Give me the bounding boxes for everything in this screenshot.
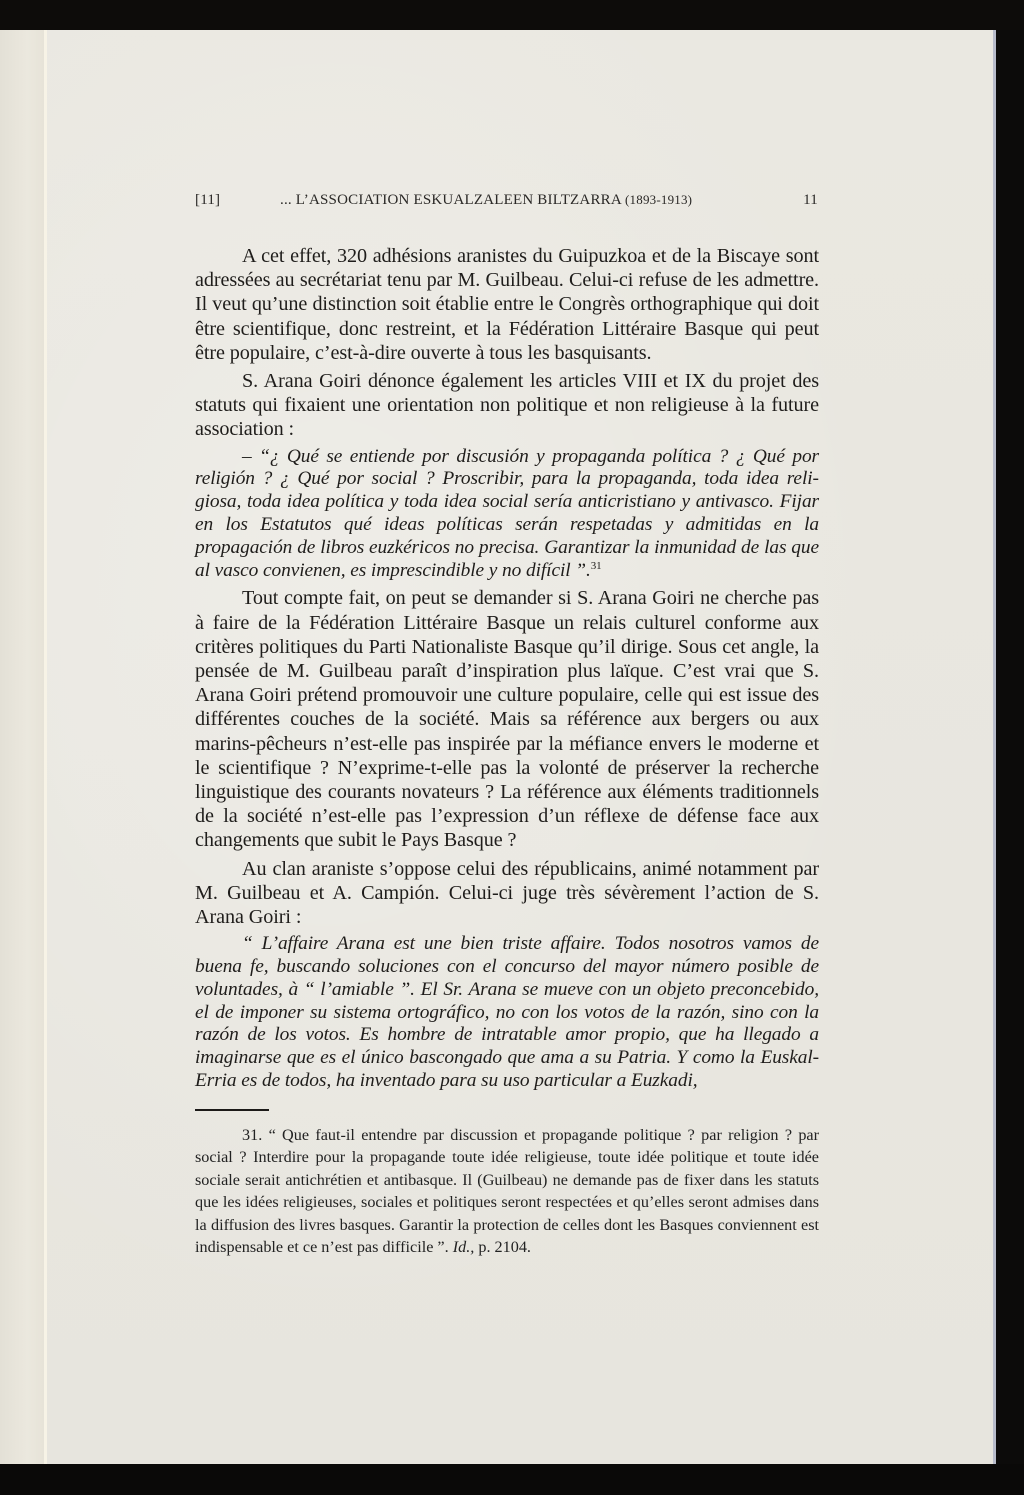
paragraph: Tout compte fait, on peut se demander si… (195, 586, 819, 852)
running-title-text: ... L’ASSOCIATION ESKUALZALEEN BILTZARRA (280, 192, 621, 208)
footnotes: 31. “ Que faut-il entendre par discussio… (195, 1124, 819, 1258)
running-title-dates: (1893-1913) (625, 192, 692, 207)
running-head: [11] ... L’ASSOCIATION ESKUALZALEEN BILT… (195, 188, 820, 212)
footnote-text: “ Que faut-il entendre par discussion et… (195, 1126, 819, 1256)
spanish-quote: – “¿ Qué se entiende por discusión y pro… (195, 446, 819, 583)
footnote-number: 31. (242, 1126, 262, 1144)
paragraph: Au clan araniste s’oppose celui des répu… (195, 857, 819, 930)
scan-background-top (0, 0, 1024, 30)
scan-background-bottom (0, 1464, 1024, 1495)
campion-quote: “ L’affaire Arana est une bien triste af… (195, 933, 819, 1093)
paragraph: A cet effet, 320 adhésions aranistes du … (195, 244, 819, 365)
running-title: ... L’ASSOCIATION ESKUALZALEEN BILTZARRA… (280, 192, 692, 209)
footnote-citation-page: p. 2104. (478, 1238, 531, 1256)
footnote-31: 31. “ Que faut-il entendre par discussio… (195, 1124, 819, 1258)
quote-text: – “¿ Qué se entiende por discusión y pro… (195, 446, 819, 581)
page-edge (993, 30, 996, 1464)
footnote-divider (195, 1109, 269, 1111)
paragraph: S. Arana Goiri dénonce également les art… (195, 369, 819, 442)
footnote-citation-id: Id., (453, 1238, 475, 1256)
previous-page-edge (0, 30, 46, 1464)
section-number: [11] (195, 192, 220, 209)
footnote-reference[interactable]: 31 (591, 560, 602, 572)
page-number: 11 (803, 192, 818, 209)
body-text: A cet effet, 320 adhésions aranistes du … (195, 244, 819, 1097)
